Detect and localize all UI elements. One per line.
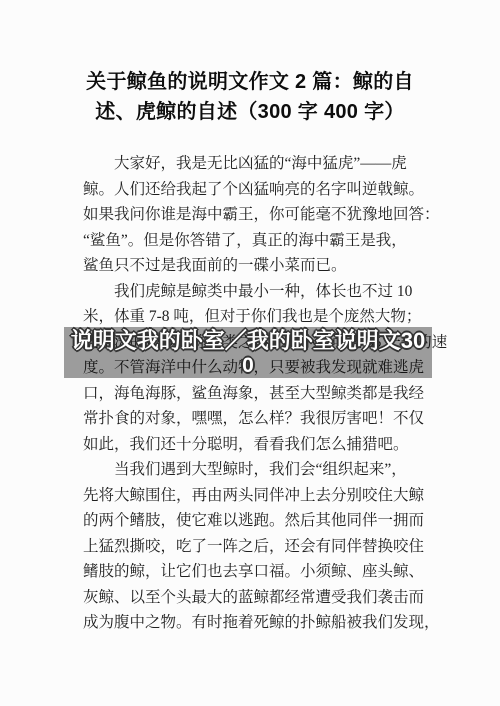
body-line: 口，海龟海豚，鲨鱼海象，甚至大型鲸类都是我经: [83, 381, 435, 407]
body-line: “鲨鱼”。但是你答错了，真正的海中霸王是我，: [83, 228, 435, 254]
body-line: 成为腹中之物。有时拖着死鲸的扑鲸船被我们发现，: [83, 610, 435, 636]
page-title-line-2: 述、虎鲸的自述（300 字 400 字）: [0, 97, 500, 127]
body-line: 大家好，我是无比凶猛的“海中猛虎”——虎: [83, 151, 435, 177]
document-page: 关于鲸鱼的说明文作文 2 篇：鲸的自 述、虎鲸的自述（300 字 400 字） …: [0, 0, 500, 706]
watermark-text-line-1: 说明文我的卧室／我的卧室说明文30: [64, 327, 432, 354]
body-line: 鳍肢的鲸，让它们也去享口福。小须鲸、座头鲸、: [83, 559, 435, 585]
body-line: 上猛烈撕咬，吃了一阵之后，还会有同伴替换咬住: [83, 534, 435, 560]
body-line: 先将大鲸围住，再由两头同伴冲上去分别咬住大鲸: [83, 483, 435, 509]
body-line: 鲨鱼只不过是我面前的一碟小菜而已。: [83, 253, 435, 279]
body-line: 如果我问你谁是海中霸王，你可能毫不犹豫地回答：: [83, 202, 435, 228]
essay-body: 大家好，我是无比凶猛的“海中猛虎”——虎 鲸。人们还给我起了个凶猛响亮的名字叫逆…: [83, 151, 435, 636]
body-line: 如此，我们还十分聪明，看看我们怎么捕猎吧。: [83, 432, 435, 458]
body-line: 米，体重 7-8 吨，但对于你们我也是个庞然大物；: [83, 304, 435, 330]
page-title-line-1: 关于鲸鱼的说明文作文 2 篇：鲸的自: [0, 67, 500, 97]
paragraph-3: 当我们遇到大型鲸时，我们会“组织起来”， 先将大鲸围住，再由两头同伴冲上去分别咬…: [83, 457, 435, 636]
body-line: 常扑食的对象，嘿嘿，怎么样？我很厉害吧！不仅: [83, 406, 435, 432]
body-line: 当我们遇到大型鲸时，我们会“组织起来”，: [83, 457, 435, 483]
body-line: 鲸。人们还给我起了个凶猛响亮的名字叫逆戟鲸。: [83, 177, 435, 203]
paragraph-1: 大家好，我是无比凶猛的“海中猛虎”——虎 鲸。人们还给我起了个凶猛响亮的名字叫逆…: [83, 151, 435, 279]
watermark-link-overlay[interactable]: 说明文我的卧室／我的卧室说明文30 0: [64, 327, 432, 378]
page-title: 关于鲸鱼的说明文作文 2 篇：鲸的自 述、虎鲸的自述（300 字 400 字）: [0, 67, 500, 127]
body-line: 我们虎鲸是鲸类中最小一种，体长也不过 10: [83, 279, 435, 305]
body-line: 的两个鳍肢，使它难以逃跑。然后其他同伴一拥而: [83, 508, 435, 534]
body-line: 灰鲸、以至个头最大的蓝鲸都经常遭受我们袭击而: [83, 585, 435, 611]
watermark-text-line-2: 0: [64, 354, 432, 377]
